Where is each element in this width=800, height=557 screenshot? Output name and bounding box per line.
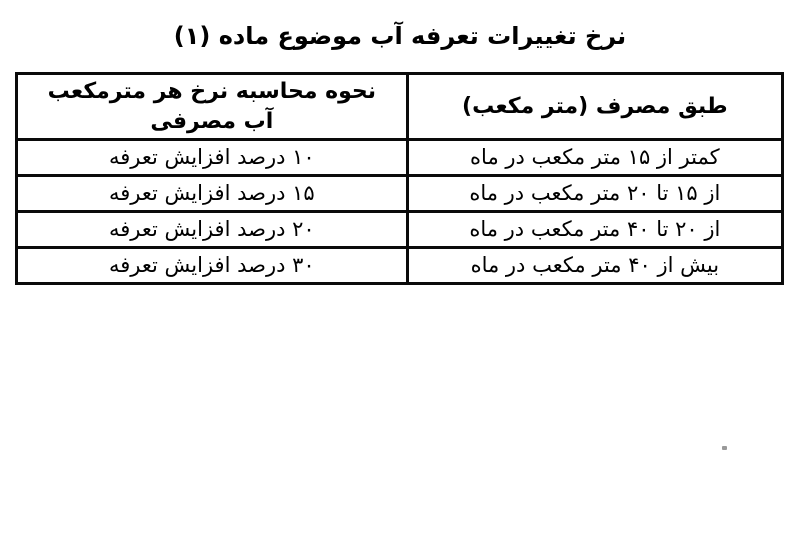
header-rate: نحوه محاسبه نرخ هر مترمکعب آب مصرفی xyxy=(17,74,408,140)
header-row: طبق مصرف (متر مکعب) نحوه محاسبه نرخ هر م… xyxy=(17,74,783,140)
cell-consumption-tier1: کمتر از ۱۵ متر مکعب در ماه xyxy=(407,140,782,176)
cell-rate-tier3: ۲۰ درصد افزایش تعرفه xyxy=(17,212,408,248)
cell-rate-tier4: ۳۰ درصد افزایش تعرفه xyxy=(17,248,408,284)
cell-consumption-tier2: از ۱۵ تا ۲۰ متر مکعب در ماه xyxy=(407,176,782,212)
cell-rate-tier1: ۱۰ درصد افزایش تعرفه xyxy=(17,140,408,176)
header-consumption: طبق مصرف (متر مکعب) xyxy=(407,74,782,140)
table-row: از ۲۰ تا ۴۰ متر مکعب در ماه ۲۰ درصد افزا… xyxy=(17,212,783,248)
cell-rate-tier2: ۱۵ درصد افزایش تعرفه xyxy=(17,176,408,212)
header-rate-line2: آب مصرفی xyxy=(150,109,273,134)
table-row: بیش از ۴۰ متر مکعب در ماه ۳۰ درصد افزایش… xyxy=(17,248,783,284)
water-tariff-table: طبق مصرف (متر مکعب) نحوه محاسبه نرخ هر م… xyxy=(15,72,784,285)
header-rate-line1: نحوه محاسبه نرخ هر مترمکعب xyxy=(48,79,376,104)
cell-consumption-tier3: از ۲۰ تا ۴۰ متر مکعب در ماه xyxy=(407,212,782,248)
table-row: کمتر از ۱۵ متر مکعب در ماه ۱۰ درصد افزای… xyxy=(17,140,783,176)
stray-dot-mark xyxy=(722,446,727,450)
cell-consumption-tier4: بیش از ۴۰ متر مکعب در ماه xyxy=(407,248,782,284)
table-row: از ۱۵ تا ۲۰ متر مکعب در ماه ۱۵ درصد افزا… xyxy=(17,176,783,212)
document-page: نرخ تغییرات تعرفه آب موضوع ماده (۱) طبق … xyxy=(0,0,800,557)
table-title: نرخ تغییرات تعرفه آب موضوع ماده (۱) xyxy=(0,22,800,50)
